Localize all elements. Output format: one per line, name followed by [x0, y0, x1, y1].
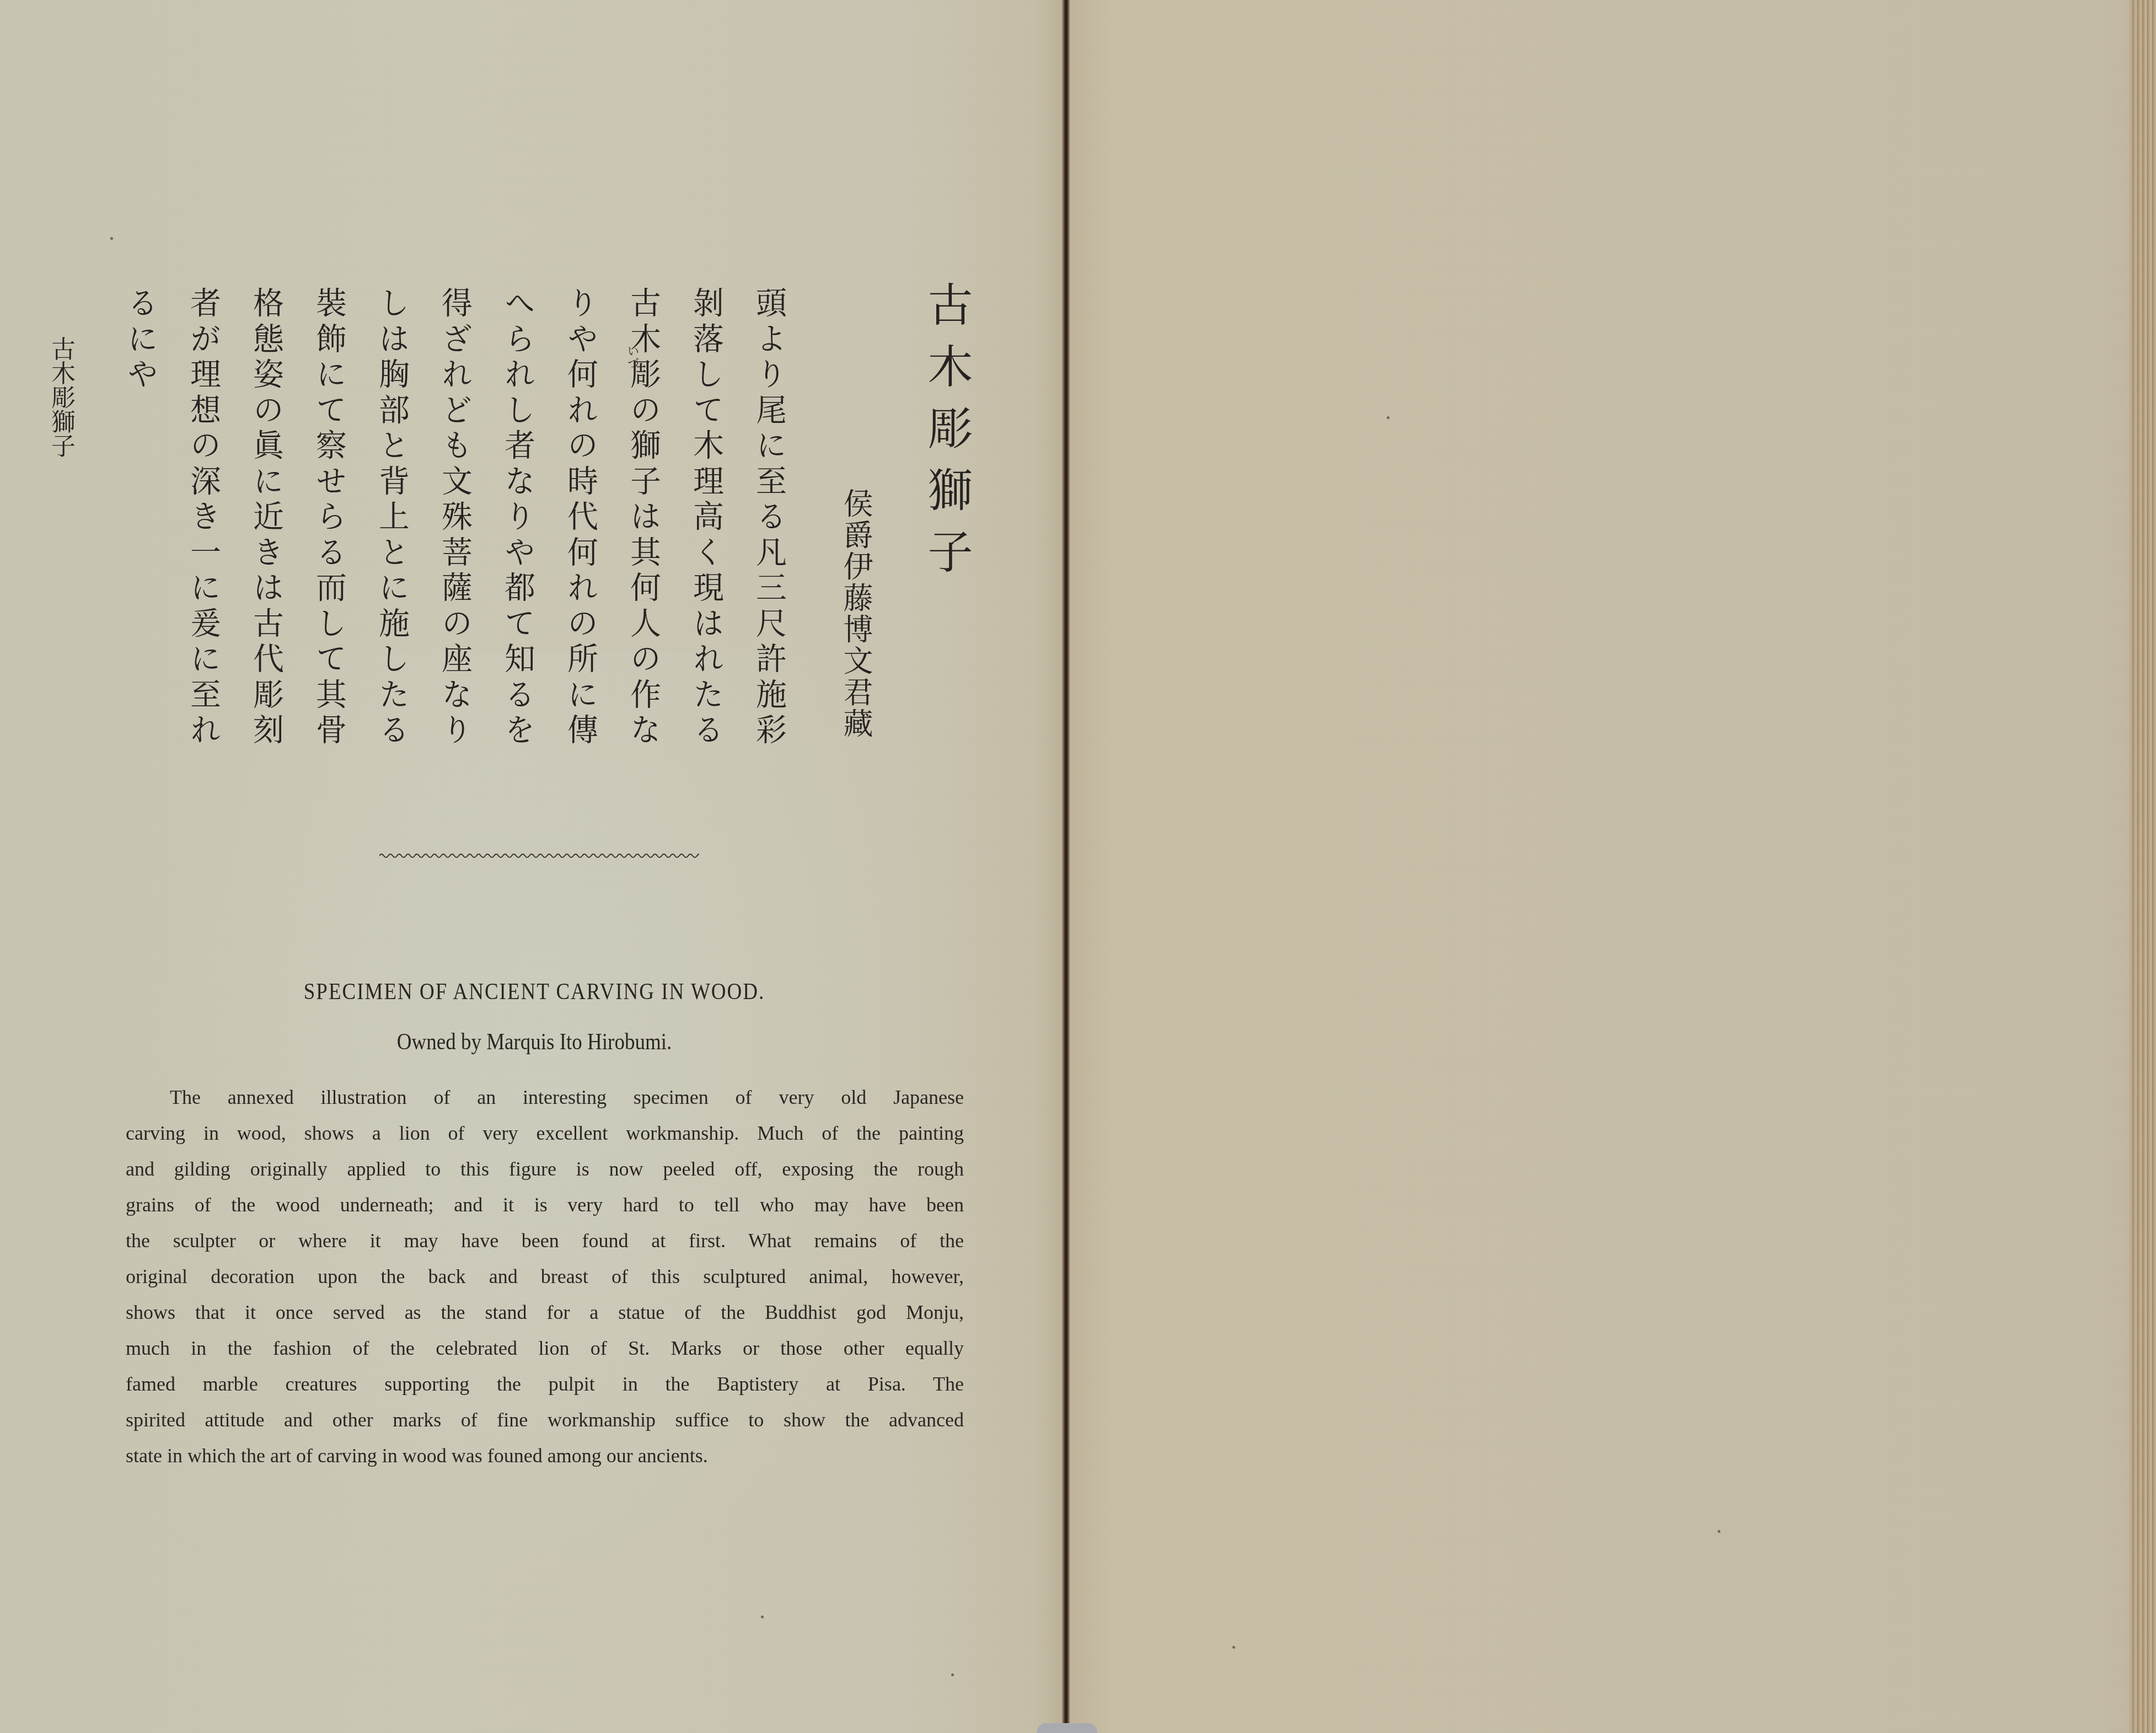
background-gap [1037, 1723, 1097, 1733]
paper-speck [951, 1673, 954, 1676]
paper-speck [1232, 1646, 1235, 1649]
jp-column: へられし者なりや都て知るを [501, 287, 533, 783]
paragraph-line: shows that it once served as the stand f… [126, 1295, 964, 1330]
english-subtitle: Owned by Marquis Ito Hirobumi. [0, 1028, 1069, 1055]
jp-column: るにや [124, 287, 156, 783]
jp-column: 頭より尾に至る凡三尺許施彩 [753, 287, 785, 783]
right-page-blank [1070, 0, 2156, 1733]
japanese-owner-credit: 侯爵伊藤博文君藏 [841, 488, 871, 739]
paper-speck [761, 1616, 764, 1618]
jp-column: 格態姿の眞に近きは古代彫刻 [250, 287, 282, 783]
page-edge-stack [2130, 0, 2156, 1733]
jp-column: しは胸部と背上とに施したる [376, 287, 407, 783]
paragraph-line: original decoration upon the back and br… [126, 1259, 964, 1295]
paragraph-line: state in which the art of carving in woo… [126, 1438, 964, 1474]
running-head: 古木彫獅子 [49, 336, 73, 458]
paragraph-line: spirited attitude and other marks of fin… [126, 1402, 964, 1438]
paper-speck [1387, 416, 1390, 419]
paragraph-line: grains of the wood underneath; and it is… [126, 1187, 964, 1223]
paper-speck [110, 237, 113, 240]
paper-speck [1718, 1530, 1720, 1533]
ruby-annotation: いづ [626, 345, 638, 369]
jp-column: りや何れの時代何れの所に傳 [564, 287, 596, 783]
left-page: 古木彫獅子 古木彫獅子 侯爵伊藤博文君藏 頭より尾に至る凡三尺許施彩 剝落して木… [0, 0, 1069, 1733]
paragraph-line: much in the fashion of the celebrated li… [126, 1330, 964, 1366]
english-body-paragraph: The annexed illustration of an interesti… [126, 1080, 964, 1474]
jp-column: 剝落して木理高く現はれたる [690, 287, 722, 783]
japanese-body-text: 頭より尾に至る凡三尺許施彩 剝落して木理高く現はれたる 古木彫の獅子は其何人の作… [124, 287, 785, 783]
jp-column: 裝飾にて察せらる而して其骨 [313, 287, 345, 783]
paragraph-line: The annexed illustration of an interesti… [126, 1080, 964, 1115]
paragraph-line: and gilding originally applied to this f… [126, 1151, 964, 1187]
jp-column: 者が理想の深き一に爰に至れ [187, 287, 219, 783]
wavy-divider-rule [379, 848, 699, 865]
jp-column: 得ざれども文殊菩薩の座なり [438, 287, 470, 783]
english-heading: SPECIMEN OF ANCIENT CARVING IN WOOD. [0, 978, 1069, 1005]
paragraph-line: famed marble creatures supporting the pu… [126, 1366, 964, 1402]
book-gutter [1062, 0, 1070, 1733]
paragraph-line: carving in wood, shows a lion of very ex… [126, 1115, 964, 1151]
japanese-title: 古木彫獅子 [924, 281, 969, 590]
paragraph-line: the sculpter or where it may have been f… [126, 1223, 964, 1259]
